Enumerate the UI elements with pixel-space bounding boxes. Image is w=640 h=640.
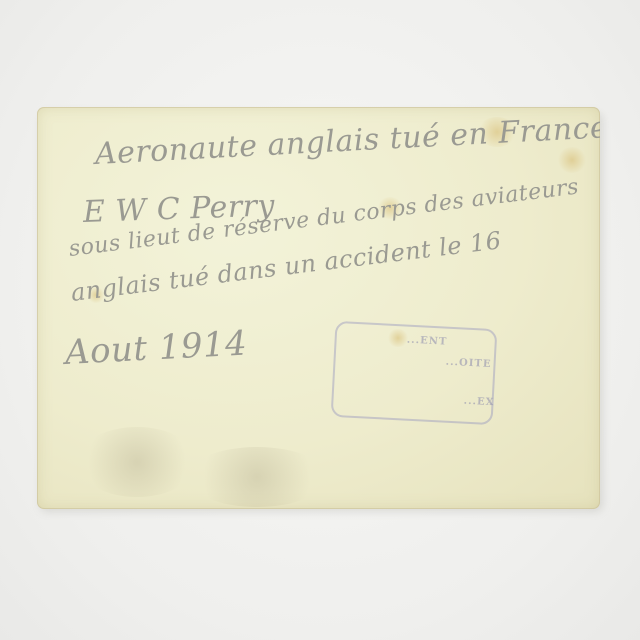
- stamp-text: ...EX: [463, 396, 494, 409]
- handwriting-line: Aout 1914: [64, 323, 248, 372]
- photo-scene: Aeronaute anglais tué en France E W C Pe…: [0, 0, 640, 640]
- stamp-text: ...OITE: [445, 357, 491, 370]
- grime-patch: [77, 427, 197, 497]
- stamp-text: ...ENT: [406, 335, 447, 348]
- grime-patch: [187, 447, 327, 507]
- foxing-stain: [557, 147, 587, 173]
- handwriting-line: Aeronaute anglais tué en France: [94, 110, 600, 172]
- faded-ink-stamp: ...ENT ...OITE ...EX: [331, 321, 498, 425]
- photo-card-back: Aeronaute anglais tué en France E W C Pe…: [37, 107, 600, 509]
